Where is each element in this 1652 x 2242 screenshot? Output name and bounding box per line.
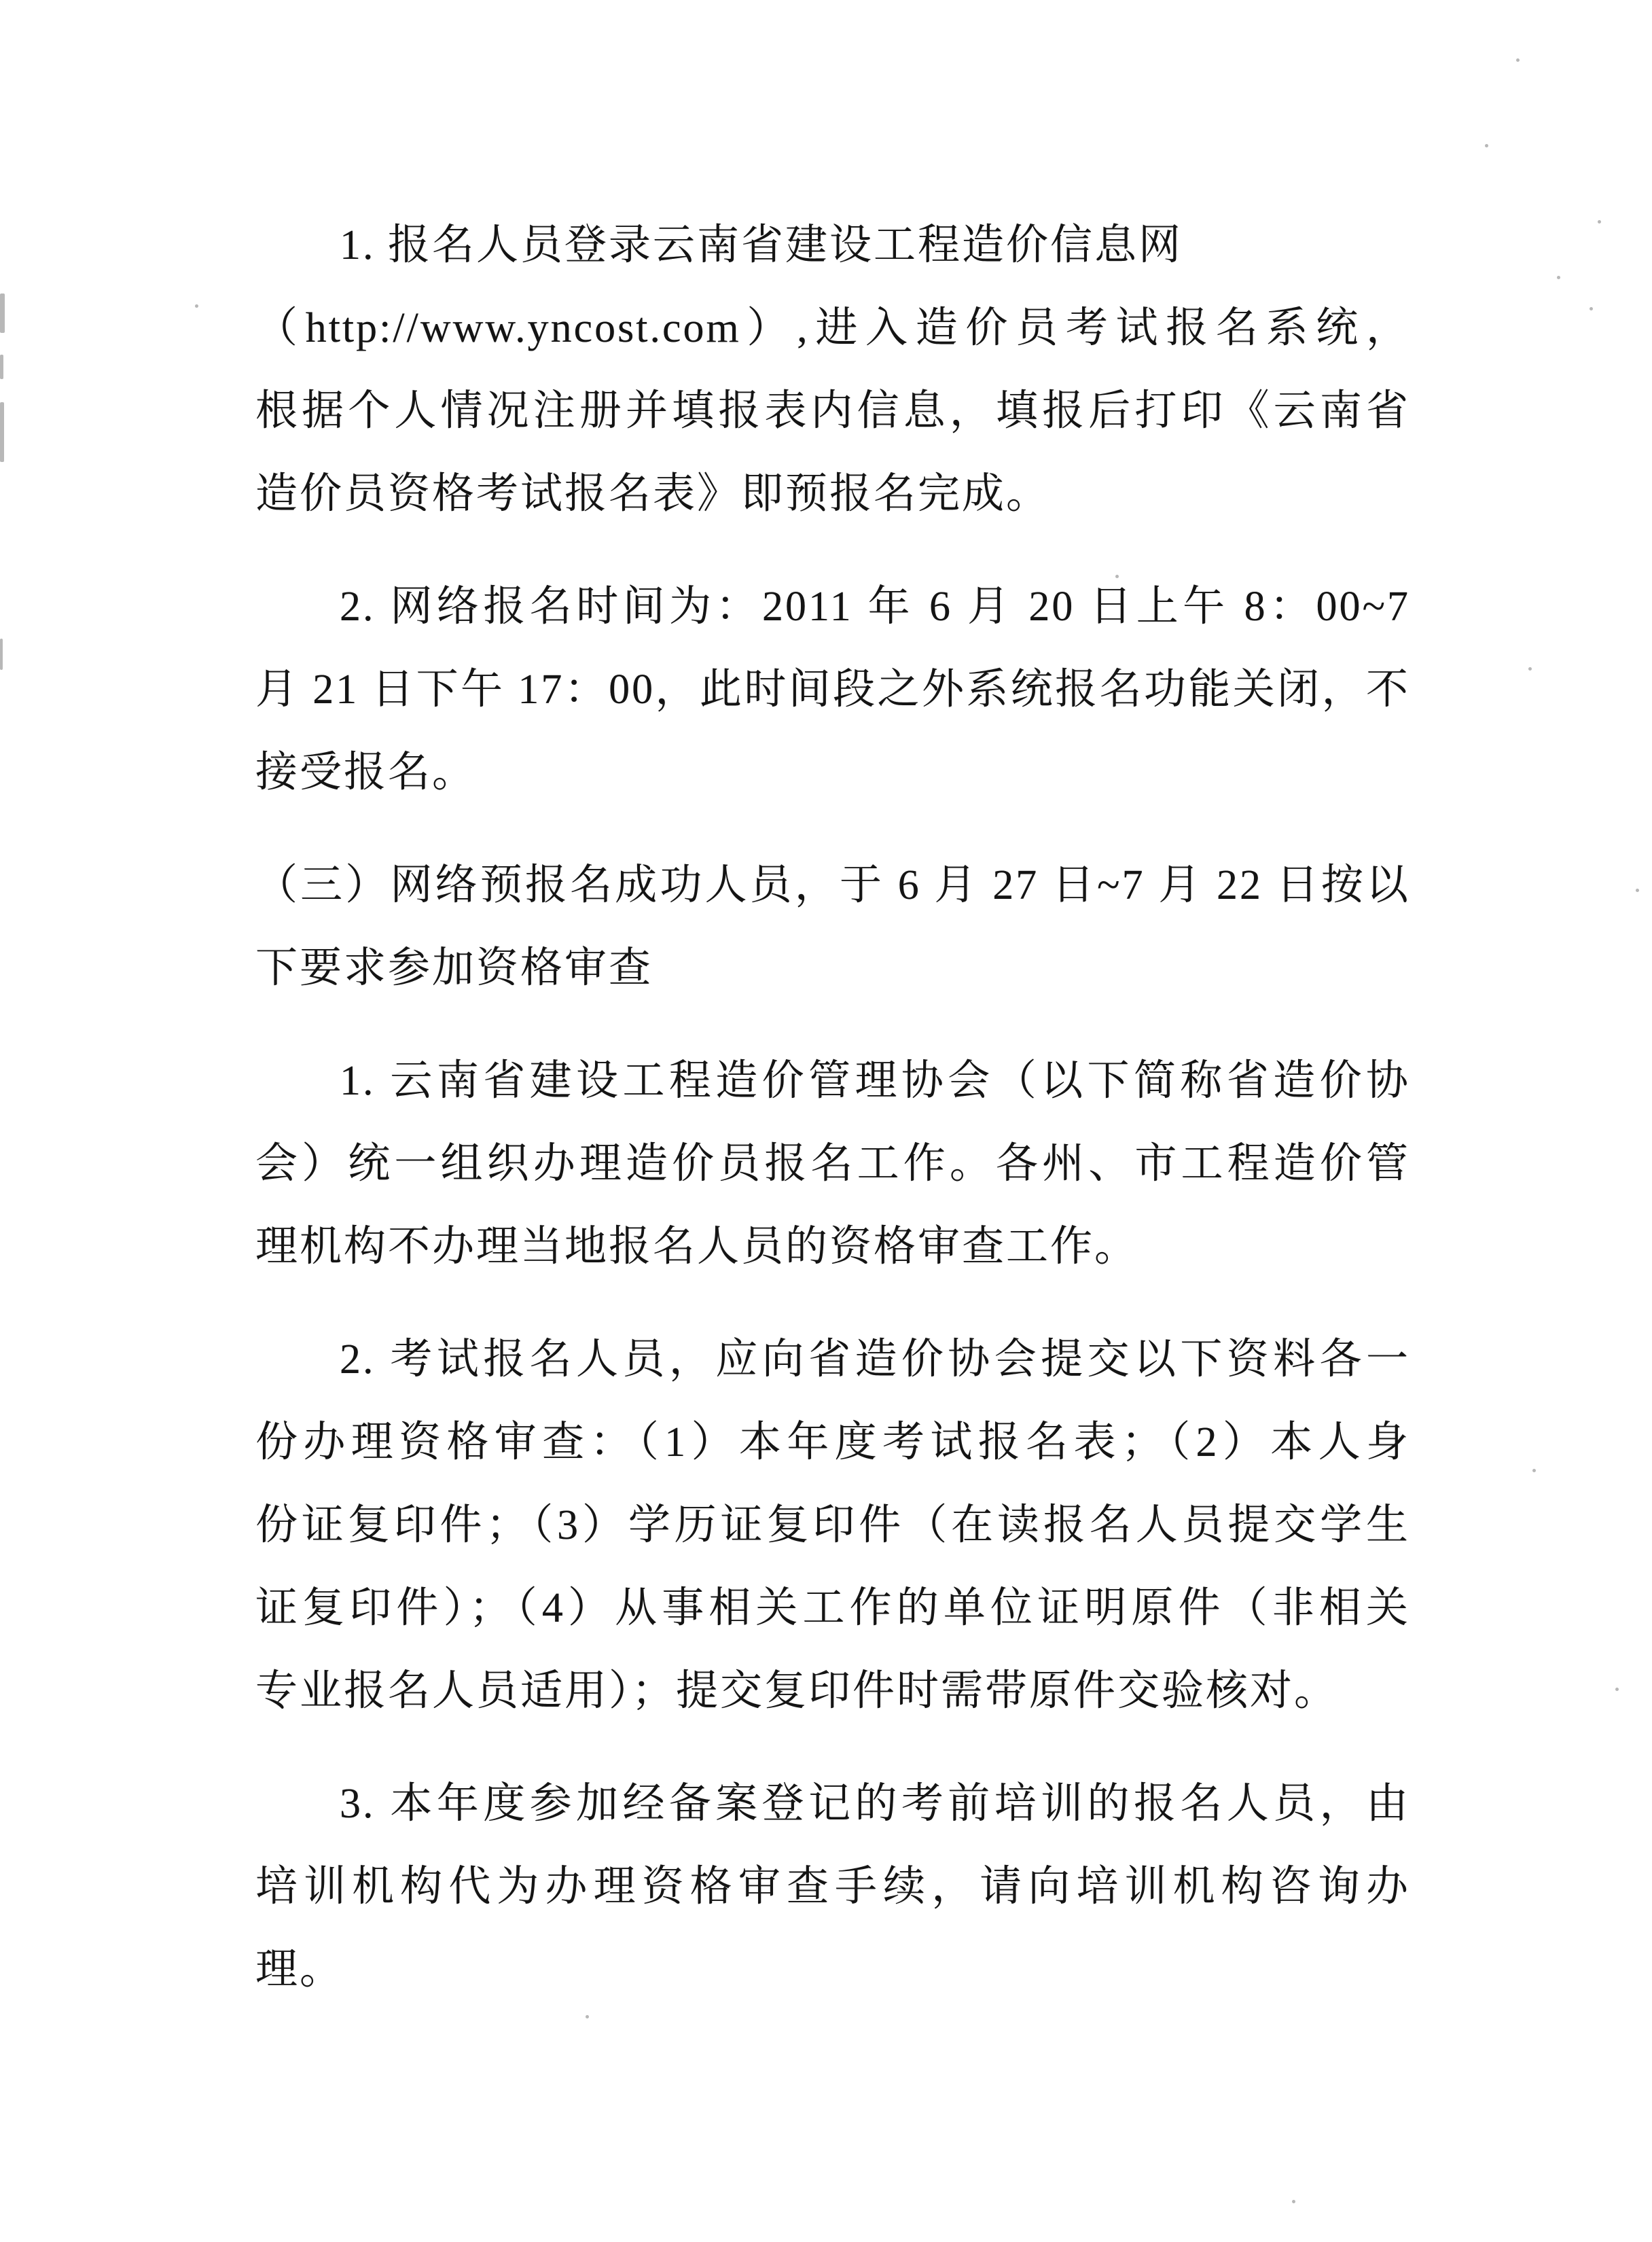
text-line: 2. 考试报名人员，应向省造价协会提交以下资料各一 — [255, 1318, 1410, 1401]
para-3-section-three-heading: （三）网络预报名成功人员，于 6 月 27 日~7 月 22 日按以下要求参加资… — [255, 844, 1410, 1010]
scan-speck — [1485, 144, 1488, 147]
para-1-online-registration: 1. 报名人员登录云南省建设工程造价信息网（http://www.yncost.… — [255, 204, 1410, 535]
scanned-document-page: 1. 报名人员登录云南省建设工程造价信息网（http://www.yncost.… — [0, 0, 1652, 2242]
text-line: 接受报名。 — [255, 731, 1410, 814]
text-line: 培训机构代为办理资格审查手续，请向培训机构咨询办 — [255, 1845, 1410, 1928]
para-4-association-organizes: 1. 云南省建设工程造价管理协会（以下简称省造价协会）统一组织办理造价员报名工作… — [255, 1039, 1410, 1288]
text-line: 2. 网络报名时间为：2011 年 6 月 20 日上午 8：00~7 — [255, 565, 1410, 648]
scan-speck — [1516, 58, 1520, 62]
scan-speck — [586, 2015, 589, 2018]
text-line: 理机构不办理当地报名人员的资格审查工作。 — [255, 1205, 1410, 1288]
text-line: 专业报名人员适用）；提交复印件时需带原件交验核对。 — [255, 1650, 1410, 1732]
scan-edge-mark — [0, 293, 5, 333]
scan-speck — [1115, 575, 1119, 578]
para-6-training-agency: 3. 本年度参加经备案登记的考前培训的报名人员，由培训机构代为办理资格审查手续，… — [255, 1762, 1410, 2011]
para-5-required-materials: 2. 考试报名人员，应向省造价协会提交以下资料各一份办理资格审查：（1）本年度考… — [255, 1318, 1410, 1732]
text-line: （http://www.yncost.com）,进入造价员考试报名系统， — [255, 287, 1410, 370]
text-line: 会）统一组织办理造价员报名工作。各州、市工程造价管 — [255, 1122, 1410, 1205]
text-line: 证复印件）；（4）从事相关工作的单位证明原件（非相关 — [255, 1567, 1410, 1650]
text-line: 下要求参加资格审查 — [255, 927, 1410, 1010]
text-line: 3. 本年度参加经备案登记的考前培训的报名人员，由 — [255, 1762, 1410, 1845]
text-line: 份证复印件；（3）学历证复印件（在读报名人员提交学生 — [255, 1484, 1410, 1567]
para-2-registration-time: 2. 网络报名时间为：2011 年 6 月 20 日上午 8：00~7月 21 … — [255, 565, 1410, 814]
text-line: 理。 — [255, 1928, 1410, 2011]
text-line: 造价员资格考试报名表》即预报名完成。 — [255, 452, 1410, 535]
text-line: （三）网络预报名成功人员，于 6 月 27 日~7 月 22 日按以 — [255, 844, 1410, 927]
scan-edge-mark — [0, 402, 4, 462]
scan-speck — [1292, 2200, 1295, 2203]
text-line: 月 21 日下午 17：00，此时间段之外系统报名功能关闭，不 — [255, 648, 1410, 731]
text-line: 份办理资格审查：（1）本年度考试报名表；（2）本人身 — [255, 1401, 1410, 1484]
text-line: 根据个人情况注册并填报表内信息，填报后打印《云南省 — [255, 370, 1410, 452]
text-line: 1. 报名人员登录云南省建设工程造价信息网 — [255, 204, 1410, 287]
scan-speck — [1590, 307, 1593, 310]
scan-edge-mark — [0, 355, 3, 379]
scan-speck — [1636, 889, 1639, 892]
scan-speck — [1557, 276, 1560, 279]
scan-edge-mark — [0, 639, 3, 670]
text-line: 1. 云南省建设工程造价管理协会（以下简称省造价协 — [255, 1039, 1410, 1122]
scan-speck — [1615, 1688, 1619, 1691]
scan-speck — [195, 304, 198, 308]
scan-speck — [1598, 220, 1601, 224]
scan-speck — [1528, 667, 1532, 671]
scan-speck — [1532, 1469, 1536, 1472]
document-body: 1. 报名人员登录云南省建设工程造价信息网（http://www.yncost.… — [255, 204, 1410, 2011]
